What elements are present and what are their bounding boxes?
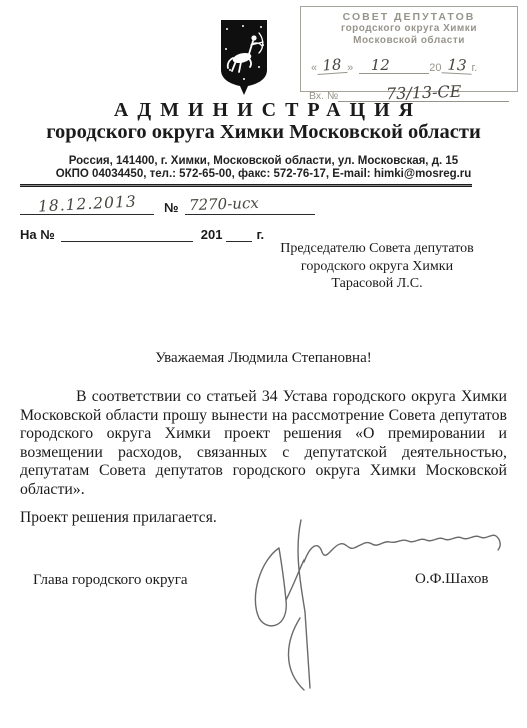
org-address-line2: ОКПО 04034450, тел.: 572-65-00, факс: 57… (0, 168, 527, 180)
attachment-note: Проект решения прилагается. (20, 509, 217, 527)
khimki-coat-of-arms-icon (218, 18, 270, 98)
stamp-preprinted-century: 20 (429, 62, 441, 74)
reply-year-blank (226, 241, 252, 242)
reply-reference-label: На № (20, 227, 55, 242)
outgoing-date-field: 18.12.2013 (20, 195, 154, 215)
stamp-year-suffix: г. (472, 62, 478, 74)
addressee-line2: городского округа Химки (277, 258, 477, 276)
org-address-line1: Россия, 141400, г. Химки, Московской обл… (0, 155, 527, 167)
outgoing-reference-row: 18.12.2013 № 7270-исх (20, 193, 315, 215)
outgoing-number-field: 7270-исх (185, 195, 315, 215)
document-page: СОВЕТ ДЕПУТАТОВ городского округа Химки … (0, 0, 527, 728)
stamp-month-field: 12 (359, 58, 401, 74)
handwritten-outgoing-number: 7270-исх (188, 194, 258, 214)
addressee-block: Председателю Совета депутатов городского… (277, 240, 477, 293)
stamp-handwritten-day: 18 (322, 55, 342, 74)
stamp-year-field: 13 (441, 57, 472, 75)
letter-body-paragraph: В соответствии со статьей 34 Устава горо… (20, 388, 507, 500)
stamp-org-line3: Московской области (301, 35, 517, 47)
addressee-line3: Тарасовой Л.С. (277, 275, 477, 293)
salutation: Уважаемая Людмила Степановна! (0, 350, 527, 367)
addressee-line1: Председателю Совета депутатов (277, 240, 477, 258)
stamp-quote-close: » (347, 62, 353, 74)
org-subtitle: городского округа Химки Московской облас… (0, 121, 527, 144)
stamp-handwritten-month: 12 (371, 56, 390, 74)
handwritten-signature-icon (233, 510, 508, 700)
reply-number-blank (61, 241, 193, 242)
org-name: АДМИНИСТРАЦИЯ (0, 99, 527, 122)
reply-reference-row: На № 201 г. (20, 224, 264, 242)
reply-year-suffix: г. (256, 227, 264, 242)
stamp-day-field: 18 (317, 57, 348, 75)
stamp-org-line2: городского округа Химки (301, 23, 517, 35)
stamp-gap-field (401, 73, 429, 74)
stamp-handwritten-year: 13 (447, 56, 467, 75)
handwritten-outgoing-date: 18.12.2013 (37, 192, 137, 215)
reply-year-preprint: 201 (201, 227, 223, 242)
stamp-date-row: « 18 » 12 20 13 г. (301, 54, 517, 74)
letterhead-divider (20, 184, 472, 187)
signer-position: Глава городского округа (33, 572, 188, 589)
stamp-org-line1: СОВЕТ ДЕПУТАТОВ (301, 11, 517, 23)
number-sign-label: № (164, 200, 179, 215)
incoming-stamp: СОВЕТ ДЕПУТАТОВ городского округа Химки … (300, 6, 518, 92)
